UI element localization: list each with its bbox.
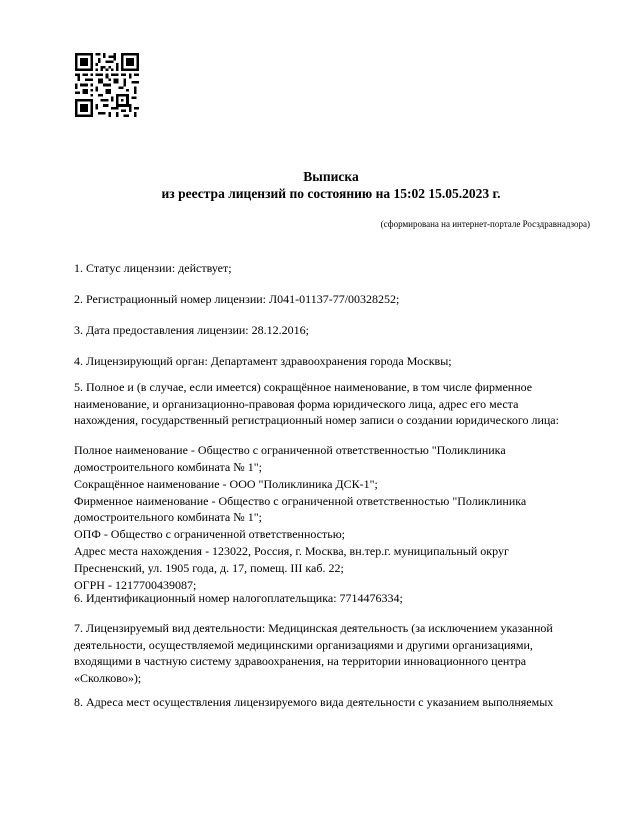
- legal-entity-details: Полное наименование - Общество с огранич…: [74, 442, 594, 594]
- text-line: нахождения, государственный регистрацион…: [74, 412, 594, 429]
- licensed-activity: 7. Лицензируемый вид деятельности: Медиц…: [74, 620, 594, 687]
- text-line: наименование, и организационно-правовая …: [74, 396, 594, 413]
- text-line: входящими в частную систему здравоохране…: [74, 653, 594, 670]
- address-line: Пресненский, ул. 1905 года, д. 17, помещ…: [74, 560, 594, 577]
- address-line: Адрес места нахождения - 123022, Россия,…: [74, 543, 594, 560]
- full-name-line: Полное наименование - Общество с огранич…: [74, 442, 594, 459]
- text-line: 7. Лицензируемый вид деятельности: Медиц…: [74, 620, 594, 637]
- document-title: Выписка: [0, 168, 620, 185]
- document-subtitle: из реестра лицензий по состоянию на 15:0…: [0, 185, 620, 202]
- text-line: деятельности, осуществляемой медицинским…: [74, 637, 594, 654]
- brand-name-line: домостроительного комбината № 1";: [74, 509, 594, 526]
- license-registration-number: 2. Регистрационный номер лицензии: Л041-…: [74, 291, 399, 308]
- legal-entity-heading: 5. Полное и (в случае, если имеется) сок…: [74, 379, 594, 429]
- activity-addresses-heading: 8. Адреса мест осуществления лицензируем…: [74, 694, 553, 711]
- brand-name-line: Фирменное наименование - Общество с огра…: [74, 493, 594, 510]
- document-source-caption: (сформирована на интернет-портале Росздр…: [381, 218, 590, 230]
- license-issue-date: 3. Дата предоставления лицензии: 28.12.2…: [74, 322, 309, 339]
- license-status: 1. Статус лицензии: действует;: [74, 260, 232, 277]
- qr-code-icon: [75, 53, 139, 117]
- legal-form-line: ОПФ - Общество с ограниченной ответствен…: [74, 526, 594, 543]
- text-line: «Сколково»);: [74, 670, 594, 687]
- text-line: 5. Полное и (в случае, если имеется) сок…: [74, 379, 594, 396]
- licensing-authority: 4. Лицензирующий орган: Департамент здра…: [74, 353, 452, 370]
- full-name-line: домостроительного комбината № 1";: [74, 459, 594, 476]
- document-page: Выписка из реестра лицензий по состоянию…: [0, 0, 620, 825]
- taxpayer-id: 6. Идентификационный номер налогоплатель…: [74, 590, 403, 607]
- short-name-line: Сокращённое наименование - ООО "Поликлин…: [74, 476, 594, 493]
